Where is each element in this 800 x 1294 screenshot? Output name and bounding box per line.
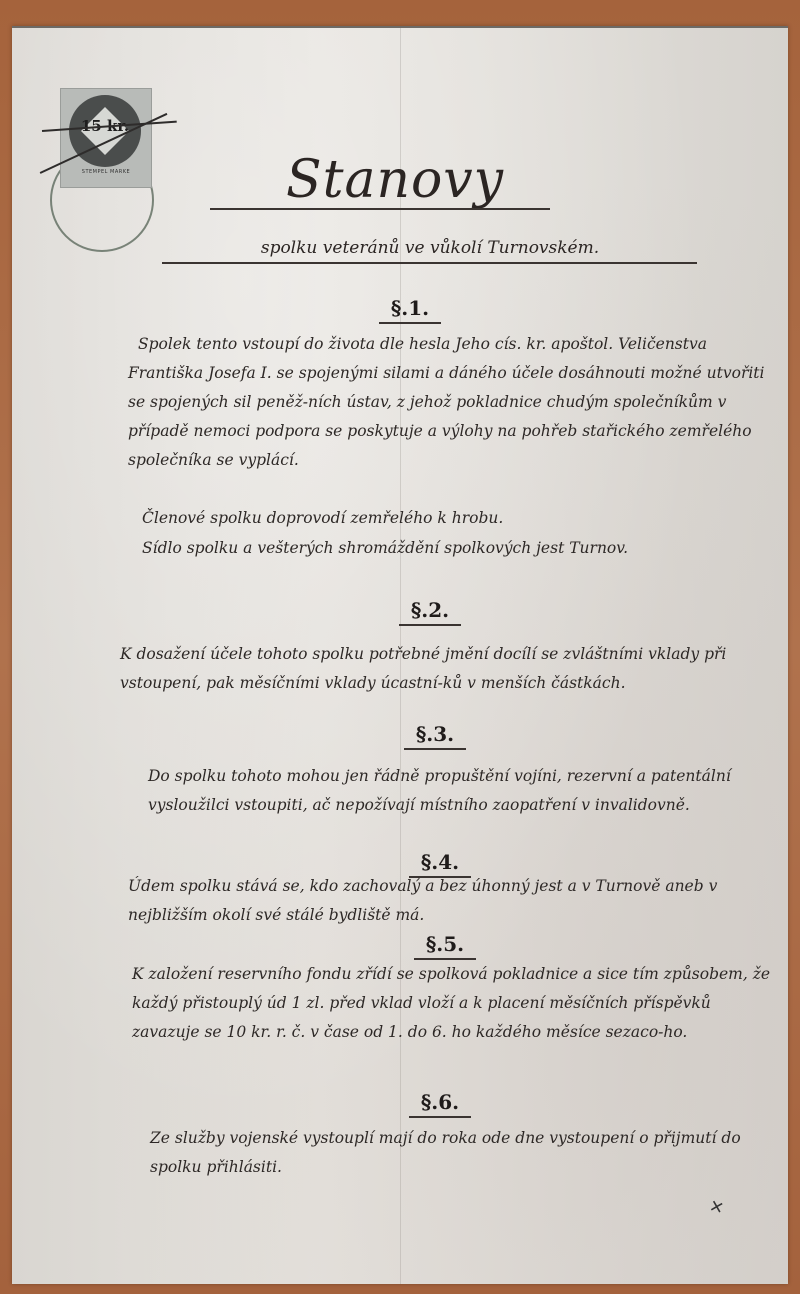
stamp-label: STEMPEL MARKE xyxy=(67,169,145,175)
section-heading-5: §.5. xyxy=(385,932,505,960)
section-heading-6: §.6. xyxy=(380,1090,500,1118)
title-underline xyxy=(210,208,550,210)
section-2-paragraph: K dosažení účele tohoto spolku potřebné … xyxy=(120,640,770,698)
section-5-paragraph: K založení reservního fondu zřídí se spo… xyxy=(132,960,772,1047)
section-heading-3: §.3. xyxy=(375,722,495,750)
section-1-paragraph-1: Spolek tento vstoupí do života dle hesla… xyxy=(128,330,768,475)
document-subtitle: spolku veteránů ve vůkolí Turnovském. xyxy=(165,238,695,258)
section-3-paragraph: Do spolku tohoto mohou jen řádně propušt… xyxy=(148,762,768,820)
section-heading-2: §.2. xyxy=(370,598,490,626)
revenue-stamp: 15 kr. STEMPEL MARKE xyxy=(60,88,152,188)
section-heading-1: §.1. xyxy=(350,296,470,324)
section-1-paragraph-2: Členové spolku doprovodí zemřelého k hro… xyxy=(142,504,762,533)
document-title: Stanovy xyxy=(230,150,560,210)
section-1-paragraph-3: Sídlo spolku a vešterých shromáždění spo… xyxy=(142,534,762,563)
section-6-paragraph: Ze služby vojenské vystouplí mají do rok… xyxy=(150,1124,770,1182)
subtitle-underline xyxy=(162,262,697,264)
section-4-paragraph: Údem spolku stává se, kdo zachovalý a be… xyxy=(128,872,768,930)
